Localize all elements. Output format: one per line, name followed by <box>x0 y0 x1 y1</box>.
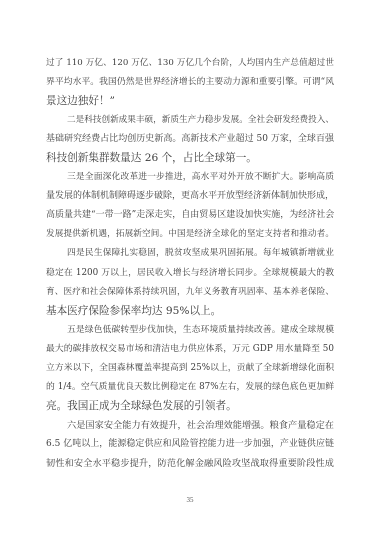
text-line: 高质量共建“一带一路”走深走实，自由贸易区建设加快实施，为经济社会 <box>46 206 334 225</box>
text-line: 亮。我国正成为全球绿色发展的引领者。 <box>46 397 334 416</box>
text-line: 二是科技创新成果丰硕，新质生产力稳步发展。全社会研发经费投入、 <box>46 111 334 130</box>
text-line: 界平均水平。我国仍然是世界经济增长的主要动力源和重要引擎。可谓“风 <box>46 73 334 92</box>
text-line: 基本医疗保险参保率均达 95%以上。 <box>46 302 334 321</box>
text-line: 科技创新集群数量达 26 个，占比全球第一。 <box>46 149 334 168</box>
text-line: 韧性和安全水平稳步提升，防范化解金融风险攻坚战取得重要阶段性成 <box>46 454 334 473</box>
document-page: 过了 110 万亿、120 万亿、130 万亿几个台阶，人均国内生产总值超过世界… <box>0 0 380 537</box>
page-number: 35 <box>0 496 380 504</box>
text-line: 的 1/4。空气质量优良天数比例稳定在 87%左右，发展的绿色底色更加鲜 <box>46 378 334 397</box>
text-line: 五是绿色低碳转型步伐加快，生态环境质量持续改善。建成全球规模 <box>46 321 334 340</box>
text-line: 过了 110 万亿、120 万亿、130 万亿几个台阶，人均国内生产总值超过世 <box>46 54 334 73</box>
body-text: 过了 110 万亿、120 万亿、130 万亿几个台阶，人均国内生产总值超过世界… <box>46 54 334 473</box>
text-line: 育、医疗和社会保障体系持续巩固，九年义务教育巩固率、基本养老保险、 <box>46 283 334 302</box>
text-line: 稳定在 1200 万以上，居民收入增长与经济增长同步。全球规模最大的教 <box>46 264 334 283</box>
text-line: 发展提供新机遇，拓展新空间。中国是经济全球化的坚定支持者和推动者。 <box>46 225 334 244</box>
text-line: 三是全面深化改革进一步推进，高水平对外开放不断扩大。影响高质 <box>46 168 334 187</box>
text-line: 六是国家安全能力有效提升，社会治理效能增强。粮食产量稳定在 <box>46 416 334 435</box>
text-line: 基础研究经费占比均创历史新高。高新技术产业超过 50 万家，全球百强 <box>46 130 334 149</box>
text-line: 景这边独好！” <box>46 92 334 111</box>
text-line: 立方米以下，全国森林覆盖率提高到 25%以上，贡献了全球新增绿化面积 <box>46 359 334 378</box>
text-line: 量发展的体制机制障碍逐步破除，更高水平开放型经济新体制加快形成， <box>46 187 334 206</box>
text-line: 四是民生保障扎实稳固，脱贫攻坚成果巩固拓展。每年城镇新增就业 <box>46 244 334 263</box>
text-line: 6.5 亿吨以上，能源稳定供应和风险管控能力进一步加强，产业链供应链 <box>46 435 334 454</box>
text-line: 最大的碳排放权交易市场和清洁电力供应体系，万元 GDP 用水量降至 50 <box>46 340 334 359</box>
